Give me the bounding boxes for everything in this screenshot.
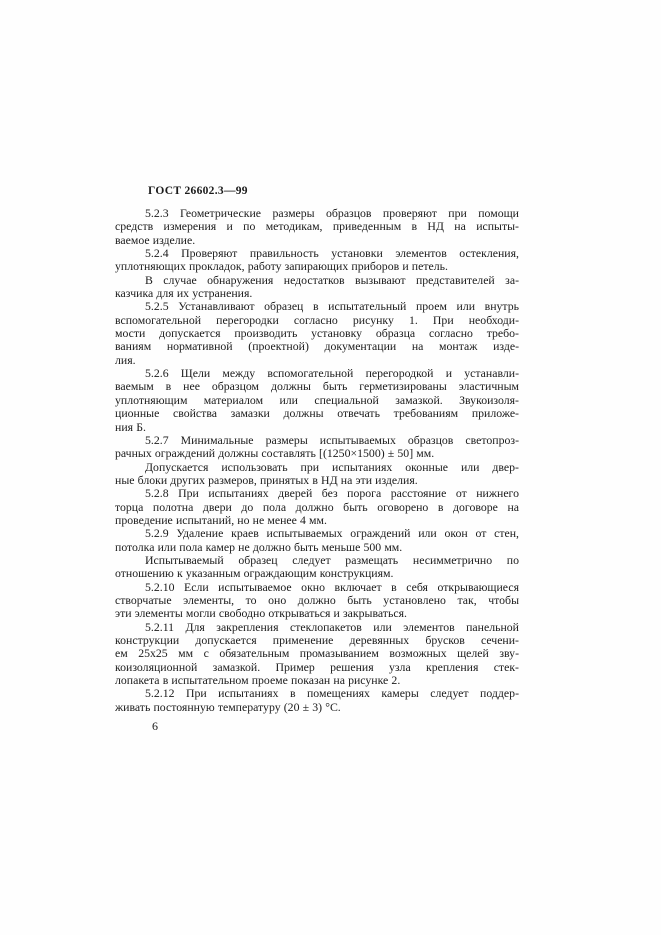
paragraph: 5.2.12 При испытаниях в помещениях камер… — [115, 687, 519, 714]
text-line: рачных ограждений должны составлять [(12… — [115, 447, 519, 460]
text-line: вспомогательной перегородки согласно рис… — [115, 314, 519, 327]
text-line: эти элементы могли свободно открываться … — [115, 607, 519, 620]
paragraph: 5.2.4 Проверяют правильность установки э… — [115, 247, 519, 274]
text-line: ваемое изделие. — [115, 234, 519, 247]
document-header: ГОСТ 26602.3—99 — [148, 185, 248, 197]
text-line: потолка или пола камер не должно быть ме… — [115, 541, 519, 554]
text-line: казчика для их устранения. — [115, 287, 519, 300]
paragraph: 5.2.8 При испытаниях дверей без порога р… — [115, 487, 519, 527]
text-line: ваниям нормативной (проектной) документа… — [115, 340, 519, 353]
text-line: конструкции допускается применение дерев… — [115, 634, 519, 647]
paragraph: 5.2.3 Геометрические размеры образцов пр… — [115, 207, 519, 247]
text-line: 5.2.3 Геометрические размеры образцов пр… — [115, 207, 519, 220]
text-line: 5.2.4 Проверяют правильность установки э… — [115, 247, 519, 260]
text-line: 5.2.7 Минимальные размеры испытываемых о… — [115, 434, 519, 447]
paragraph: 5.2.7 Минимальные размеры испытываемых о… — [115, 434, 519, 461]
text-line: мости допускается производить установку … — [115, 327, 519, 340]
text-line: средств измерения и по методикам, привед… — [115, 220, 519, 233]
text-line: лопакета в испытательном проеме показан … — [115, 674, 519, 687]
text-line: створчатые элементы, то оно должно быть … — [115, 594, 519, 607]
text-line: 5.2.10 Если испытываемое окно включает в… — [115, 581, 519, 594]
text-line: 5.2.6 Щели между вспомогательной перегор… — [115, 367, 519, 380]
text-line: 5.2.8 При испытаниях дверей без порога р… — [115, 487, 519, 500]
text-line: 5.2.5 Устанавливают образец в испытатель… — [115, 300, 519, 313]
text-line: 5.2.11 Для закрепления стеклопакетов или… — [115, 621, 519, 634]
paragraph: 5.2.6 Щели между вспомогательной перегор… — [115, 367, 519, 434]
text-line: отношению к указанным ограждающим констр… — [115, 567, 519, 580]
text-line: коизоляционной замазкой. Пример решения … — [115, 661, 519, 674]
text-line: Испытываемый образец следует размещать н… — [115, 554, 519, 567]
text-line: лия. — [115, 354, 519, 367]
text-line: Допускается использовать при испытаниях … — [115, 461, 519, 474]
text-line: живать постоянную температуру (20 ± 3) °… — [115, 701, 519, 714]
document-body: 5.2.3 Геометрические размеры образцов пр… — [115, 207, 519, 714]
text-line: проведение испытаний, но не менее 4 мм. — [115, 514, 519, 527]
text-line: ные блоки других размеров, принятых в НД… — [115, 474, 519, 487]
paragraph: В случае обнаружения недостатков вызываю… — [115, 274, 519, 301]
text-line: 5.2.12 При испытаниях в помещениях камер… — [115, 687, 519, 700]
paragraph: 5.2.9 Удаление краев испытываемых огражд… — [115, 527, 519, 554]
paragraph: 5.2.5 Устанавливают образец в испытатель… — [115, 300, 519, 367]
text-line: уплотняющих прокладок, работу запирающих… — [115, 260, 519, 273]
text-line: В случае обнаружения недостатков вызываю… — [115, 274, 519, 287]
page-number: 6 — [152, 719, 158, 734]
text-line: 5.2.9 Удаление краев испытываемых огражд… — [115, 527, 519, 540]
text-line: ваемым в нее образцом должны быть гермет… — [115, 380, 519, 393]
text-line: ния Б. — [115, 421, 519, 434]
paragraph: Испытываемый образец следует размещать н… — [115, 554, 519, 581]
text-line: торца полотна двери до пола должно быть … — [115, 501, 519, 514]
paragraph: 5.2.10 Если испытываемое окно включает в… — [115, 581, 519, 621]
text-line: уплотняющим материалом или специальной з… — [115, 394, 519, 407]
paragraph: Допускается использовать при испытаниях … — [115, 461, 519, 488]
text-line: ем 25х25 мм с обязательным промазыванием… — [115, 647, 519, 660]
paragraph: 5.2.11 Для закрепления стеклопакетов или… — [115, 621, 519, 688]
document-page: ГОСТ 26602.3—99 5.2.3 Геометрические раз… — [0, 0, 661, 935]
text-line: ционные свойства замазки должны отвечать… — [115, 407, 519, 420]
